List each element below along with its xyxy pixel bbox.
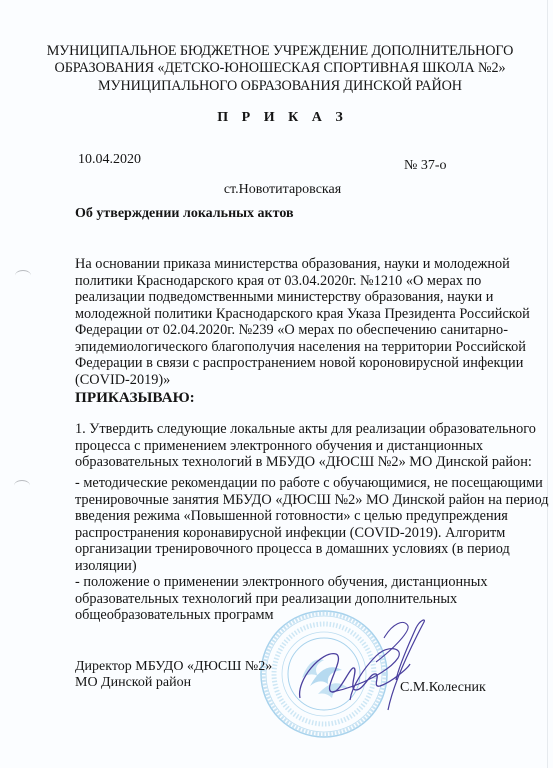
official-stamp-icon bbox=[258, 608, 390, 740]
text-line: организации тренировочного процесса в до… bbox=[75, 541, 520, 558]
handwritten-signature-icon bbox=[292, 610, 432, 712]
signatory-name: С.М.Колесник bbox=[400, 680, 486, 696]
text-line: тренировочные занятия МБУДО «ДЮСШ №2» МО… bbox=[75, 492, 520, 509]
text-line: общеобразовательных программ bbox=[75, 607, 520, 624]
text-line: образовательных технологий в МБУДО «ДЮСШ… bbox=[75, 454, 520, 471]
text-line: (COVID-2019)» bbox=[75, 372, 520, 389]
text-line: образовательных технологий при реализаци… bbox=[75, 591, 520, 608]
signatory-position-line: Директор МБУДО «ДЮСШ №2» bbox=[75, 659, 272, 675]
order-item-1: 1. Утвердить следующие локальные акты дл… bbox=[75, 421, 520, 471]
document-title: П Р И К А З bbox=[0, 110, 553, 126]
document-place: ст.Новотитаровская bbox=[0, 182, 553, 198]
header-line: МУНИЦИПАЛЬНОГО ОБРАЗОВАНИЯ ДИНСКОЙ РАЙОН bbox=[40, 78, 520, 95]
text-line: реализации подведомственными министерств… bbox=[75, 289, 520, 306]
basis-paragraph: На основании приказа министерства образо… bbox=[75, 256, 520, 388]
text-line: 1. Утвердить следующие локальные акты дл… bbox=[75, 421, 520, 438]
signatory-position-line: МО Динской район bbox=[75, 675, 272, 691]
document-subject: Об утверждении локальных актов bbox=[75, 206, 294, 222]
text-line: распространения коронавирусной инфекции … bbox=[75, 525, 520, 542]
header-line: ОБРАЗОВАНИЯ «ДЕТСКО-ЮНОШЕСКАЯ СПОРТИВНАЯ… bbox=[40, 60, 520, 77]
text-line: изоляции) bbox=[75, 558, 520, 575]
text-line: процесса с применением электронного обуч… bbox=[75, 438, 520, 455]
text-line: - положение о применении электронного об… bbox=[75, 574, 520, 591]
document-date: 10.04.2020 bbox=[78, 152, 141, 168]
local-acts-list: - методические рекомендации по работе с … bbox=[75, 475, 520, 624]
text-line: Федерации в связи с распространением нов… bbox=[75, 355, 520, 372]
order-heading: ПРИКАЗЫВАЮ: bbox=[75, 389, 195, 407]
text-line: На основании приказа министерства образо… bbox=[75, 256, 520, 273]
text-line: эпидемиологического благополучия населен… bbox=[75, 339, 520, 356]
text-line: политики Краснодарского края от 03.04.20… bbox=[75, 273, 520, 290]
punch-hole-mark bbox=[14, 480, 30, 491]
header-line: МУНИЦИПАЛЬНОЕ БЮДЖЕТНОЕ УЧРЕЖДЕНИЕ ДОПОЛ… bbox=[40, 43, 520, 60]
organization-header: МУНИЦИПАЛЬНОЕ БЮДЖЕТНОЕ УЧРЕЖДЕНИЕ ДОПОЛ… bbox=[40, 43, 520, 95]
punch-hole-mark bbox=[15, 270, 31, 281]
text-line: введения режима «Повышенной готовности» … bbox=[75, 508, 520, 525]
text-line: молодежной политики Краснодарского края … bbox=[75, 306, 520, 323]
document-page: МУНИЦИПАЛЬНОЕ БЮДЖЕТНОЕ УЧРЕЖДЕНИЕ ДОПОЛ… bbox=[0, 0, 553, 768]
signatory-position: Директор МБУДО «ДЮСШ №2» МО Динской райо… bbox=[75, 659, 272, 690]
document-number: № 37-о bbox=[404, 158, 447, 174]
text-line: Федерации от 02.04.2020г. №239 «О мерах … bbox=[75, 322, 520, 339]
text-line: - методические рекомендации по работе с … bbox=[75, 475, 520, 492]
